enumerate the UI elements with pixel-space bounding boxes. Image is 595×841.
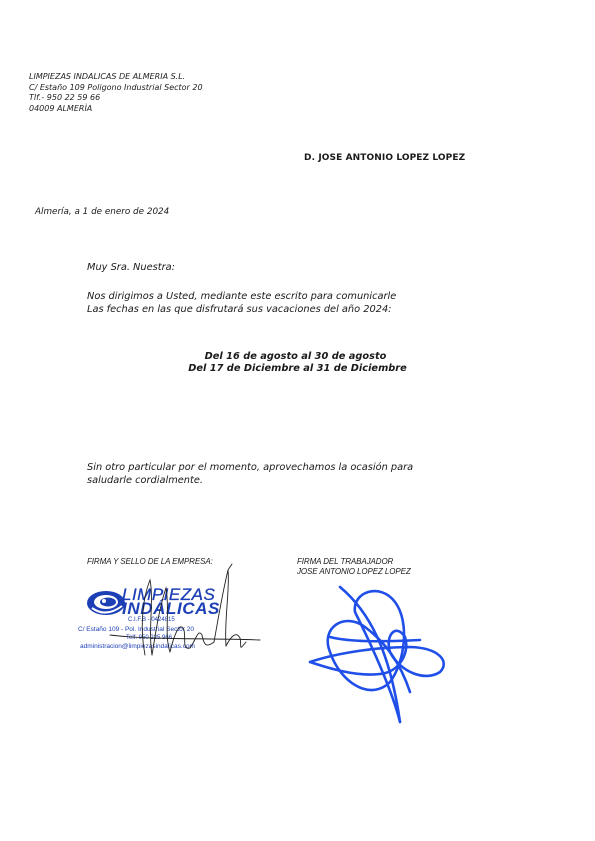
vacation-periods: Del 16 de agosto al 30 de agosto Del 17 …: [0, 351, 595, 375]
date-line: Almería, a 1 de enero de 2024: [35, 207, 169, 217]
worker-signature: [300, 582, 460, 732]
sender-block: LIMPIEZAS INDALICAS DE ALMERIA S.L. C/ E…: [29, 72, 203, 114]
worker-signature-label-line-1: FIRMA DEL TRABAJADOR: [297, 557, 411, 567]
closing-paragraph: Sin otro particular por el momento, apro…: [87, 462, 413, 487]
sender-phone: Tlf.- 950 22 59 66: [29, 93, 203, 104]
worker-signature-label: FIRMA DEL TRABAJADOR JOSE ANTONIO LOPEZ …: [297, 557, 411, 576]
worker-signature-label-line-2: JOSE ANTONIO LOPEZ LOPEZ: [297, 567, 411, 577]
vacation-period-1: Del 16 de agosto al 30 de agosto: [0, 351, 593, 363]
intro-paragraph: Nos dirigimos a Usted, mediante este esc…: [87, 291, 396, 316]
sender-address: C/ Estaño 109 Poligono Industrial Sector…: [29, 83, 203, 94]
intro-line-1: Nos dirigimos a Usted, mediante este esc…: [87, 291, 396, 304]
sender-postal: 04009 ALMERÌA: [29, 104, 203, 115]
closing-line-1: Sin otro particular por el momento, apro…: [87, 462, 413, 475]
intro-line-2: Las fechas en las que disfrutará sus vac…: [87, 304, 396, 317]
greeting: Muy Sra. Nuestra:: [87, 262, 175, 273]
company-signature: [90, 560, 270, 670]
vacation-period-2: Del 17 de Diciembre al 31 de Diciembre: [0, 363, 595, 375]
closing-line-2: saludarle cordialmente.: [87, 475, 413, 488]
recipient-name: D. JOSE ANTONIO LOPEZ LOPEZ: [304, 153, 465, 163]
sender-company: LIMPIEZAS INDALICAS DE ALMERIA S.L.: [29, 72, 203, 83]
